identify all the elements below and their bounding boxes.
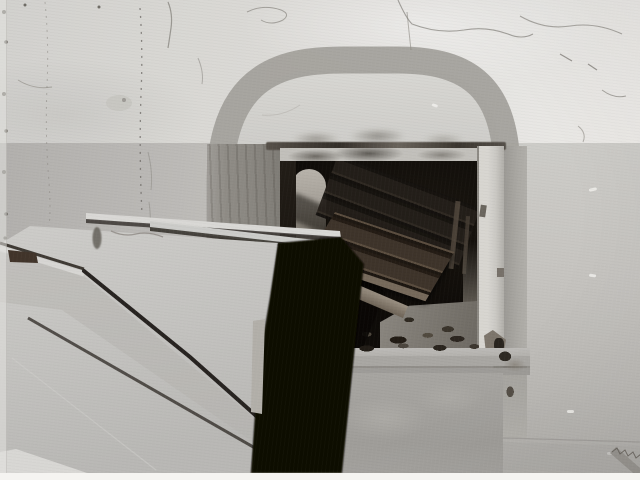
photo-border [0, 473, 640, 480]
foreground-layer [0, 0, 640, 480]
board-drip-stain [93, 227, 102, 249]
photo [0, 0, 640, 480]
photo-left-edge [0, 0, 7, 473]
